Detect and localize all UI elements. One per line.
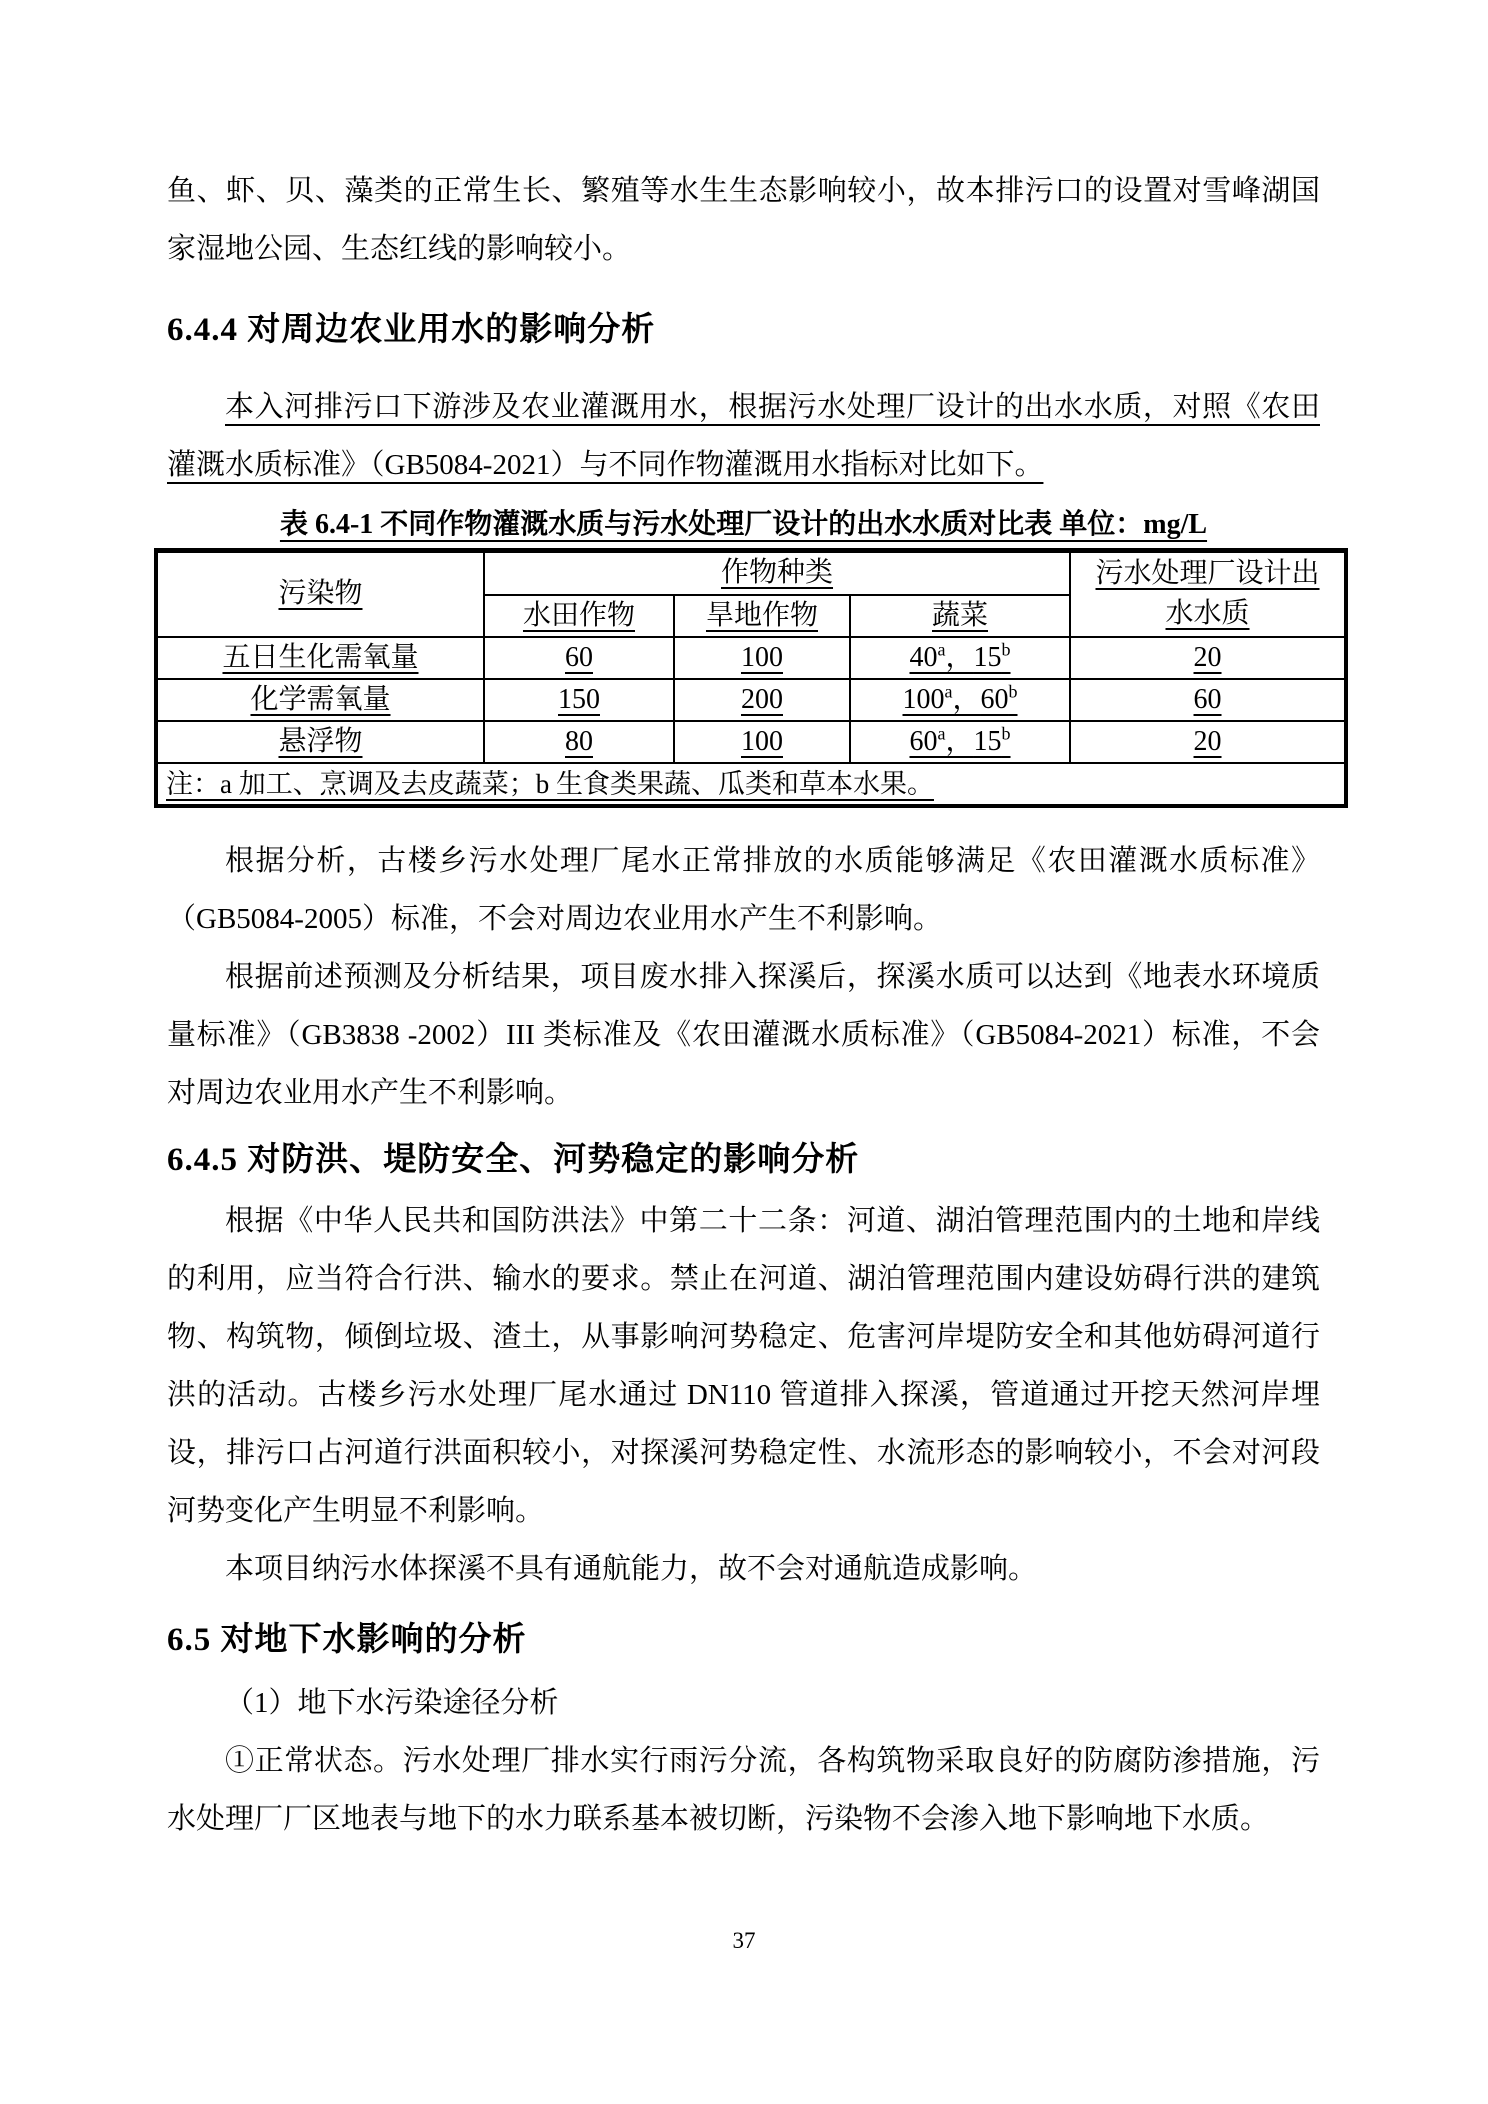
table-note-row: 注：a 加工、烹调及去皮蔬菜；b 生食类果蔬、瓜类和草本水果。 <box>156 763 1346 806</box>
veg-value-b: 15 <box>974 642 1002 673</box>
paragraph-prediction-result: 根据前述预测及分析结果，项目废水排入探溪后，探溪水质可以达到《地表水环境质量标准… <box>167 948 1320 1122</box>
veg-separator: ， <box>953 684 981 715</box>
section-heading-65: 6.5 对地下水影响的分析 <box>167 1618 1320 1662</box>
veg-sup-b: b <box>1009 681 1018 701</box>
cell-paddy-value: 150 <box>484 679 674 721</box>
header-vegetables: 蔬菜 <box>850 595 1070 637</box>
paragraph-analysis-result: 根据分析，古楼乡污水处理厂尾水正常排放的水质能够满足《农田灌溉水质标准》（GB5… <box>167 832 1320 948</box>
document-page: 鱼、虾、贝、藻类的正常生长、繁殖等水生生态影响较小，故本排污口的设置对雪峰湖国家… <box>0 0 1488 1848</box>
paragraph-normal-state: ①正常状态。污水处理厂排水实行雨污分流，各构筑物采取良好的防腐防渗措施，污水处理… <box>167 1732 1320 1848</box>
cell-pollutant-name: 五日生化需氧量 <box>156 637 484 679</box>
table-row: 化学需氧量 150 200 100a，60b 60 <box>156 679 1346 721</box>
header-plant-design-outflow: 污水处理厂设计出 水水质 <box>1070 551 1346 637</box>
cell-paddy-value: 80 <box>484 721 674 763</box>
table-row: 悬浮物 80 100 60a，15b 20 <box>156 721 1346 763</box>
header-crop-types: 作物种类 <box>484 551 1070 595</box>
paragraph-navigation: 本项目纳污水体探溪不具有通航能力，故不会对通航造成影响。 <box>167 1540 1320 1598</box>
veg-separator: ， <box>946 726 974 757</box>
veg-sup-b: b <box>1002 639 1011 659</box>
section-heading-645: 6.4.5 对防洪、堤防安全、河势稳定的影响分析 <box>167 1138 1320 1182</box>
cell-dryland-value: 100 <box>674 637 850 679</box>
veg-sup-b: b <box>1002 723 1011 743</box>
irrigation-comparison-table: 污染物 作物种类 污水处理厂设计出 水水质 水田作物 旱地作物 蔬菜 五日生化需… <box>154 548 1348 808</box>
cell-plant-design-value: 60 <box>1070 679 1346 721</box>
paragraph-groundwater-pathway: （1）地下水污染途径分析 <box>167 1674 1320 1732</box>
cell-plant-design-value: 20 <box>1070 721 1346 763</box>
veg-value-a: 60 <box>910 726 938 757</box>
veg-value-b: 60 <box>981 684 1009 715</box>
cell-vegetable-value: 100a，60b <box>850 679 1070 721</box>
veg-value-b: 15 <box>974 726 1002 757</box>
veg-value-a: 100 <box>903 684 945 715</box>
table-header-row-1: 污染物 作物种类 污水处理厂设计出 水水质 <box>156 551 1346 595</box>
header-plant-design-line1: 污水处理厂设计出 <box>1071 554 1344 594</box>
veg-separator: ， <box>946 642 974 673</box>
cell-plant-design-value: 20 <box>1070 637 1346 679</box>
cell-vegetable-value: 60a，15b <box>850 721 1070 763</box>
cell-vegetable-value: 40a，15b <box>850 637 1070 679</box>
cell-dryland-value: 200 <box>674 679 850 721</box>
underlined-paragraph: 本入河排污口下游涉及农业灌溉用水，根据污水处理厂设计的出水水质，对照《农田灌溉水… <box>167 378 1320 494</box>
header-dryland-crops: 旱地作物 <box>674 595 850 637</box>
header-paddy-crops: 水田作物 <box>484 595 674 637</box>
header-plant-design-line2: 水水质 <box>1071 594 1344 634</box>
page-number: 37 <box>0 1928 1488 1954</box>
table-note: 注：a 加工、烹调及去皮蔬菜；b 生食类果蔬、瓜类和草本水果。 <box>156 763 1346 806</box>
cell-paddy-value: 60 <box>484 637 674 679</box>
table-caption: 表 6.4-1 不同作物灌溉水质与污水处理厂设计的出水水质对比表 单位：mg/L <box>167 504 1320 546</box>
veg-sup-a: a <box>938 723 946 743</box>
header-pollutant: 污染物 <box>156 551 484 637</box>
paragraph-flood-law: 根据《中华人民共和国防洪法》中第二十二条：河道、湖泊管理范围内的土地和岸线的利用… <box>167 1192 1320 1540</box>
cell-dryland-value: 100 <box>674 721 850 763</box>
cell-pollutant-name: 化学需氧量 <box>156 679 484 721</box>
veg-sup-a: a <box>938 639 946 659</box>
intro-paragraph: 鱼、虾、贝、藻类的正常生长、繁殖等水生生态影响较小，故本排污口的设置对雪峰湖国家… <box>167 162 1320 278</box>
table-row: 五日生化需氧量 60 100 40a，15b 20 <box>156 637 1346 679</box>
veg-sup-a: a <box>945 681 953 701</box>
cell-pollutant-name: 悬浮物 <box>156 721 484 763</box>
section-heading-644: 6.4.4 对周边农业用水的影响分析 <box>167 308 1320 352</box>
veg-value-a: 40 <box>910 642 938 673</box>
